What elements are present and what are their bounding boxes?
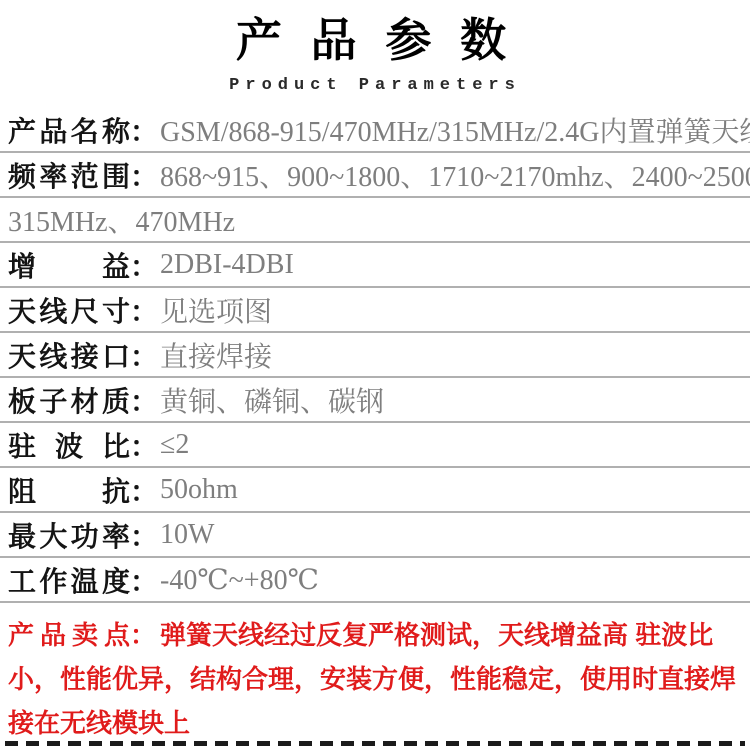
spec-row-vswr: 驻波比： ≤2: [0, 423, 750, 468]
row-label: 频率范围: [8, 155, 130, 195]
row-value: 直接焊接: [160, 335, 272, 375]
row-value: 315MHz、470MHz: [8, 200, 235, 240]
spec-row-board-material: 板子材质： 黄铜、磷铜、碳钢: [0, 378, 750, 423]
spec-row-frequency-range-continued: 315MHz、470MHz: [0, 198, 750, 243]
spec-row-antenna-size: 天线尺寸： 见选项图: [0, 288, 750, 333]
row-label: 增益: [8, 245, 130, 285]
spec-row-working-temperature: 工作温度： -40℃~+80℃: [0, 558, 750, 603]
row-colon: ：: [130, 560, 160, 600]
row-value: 2DBI-4DBI: [160, 249, 294, 281]
row-value: 50ohm: [160, 474, 238, 506]
row-colon: ：: [130, 380, 160, 420]
spec-row-impedance: 阻抗： 50ohm: [0, 468, 750, 513]
page-subtitle: Product Parameters: [0, 72, 750, 100]
spec-table: 产品名称： GSM/868-915/470MHz/315MHz/2.4G内置弹簧…: [0, 108, 750, 603]
row-colon: ：: [130, 515, 160, 555]
row-label: 产品名称: [8, 110, 130, 150]
row-label: 天线接口: [8, 335, 130, 375]
highlight-colon: ：: [130, 613, 160, 657]
spec-row-product-name: 产品名称： GSM/868-915/470MHz/315MHz/2.4G内置弹簧…: [0, 108, 750, 153]
highlight-section: 产品卖点：弹簧天线经过反复严格测试，天线增益高 驻波比小，性能优异，结构合理，安…: [0, 613, 750, 745]
row-value: 868~915、900~1800、1710~2170mhz、2400~2500m…: [160, 155, 750, 195]
spec-row-frequency-range: 频率范围： 868~915、900~1800、1710~2170mhz、2400…: [0, 153, 750, 198]
row-value: ≤2: [160, 429, 189, 461]
row-label: 最大功率: [8, 515, 130, 555]
spec-row-gain: 增益： 2DBI-4DBI: [0, 243, 750, 288]
row-colon: ：: [130, 290, 160, 330]
page-title: 产 品 参 数: [0, 8, 750, 72]
spec-row-max-power: 最大功率： 10W: [0, 513, 750, 558]
row-colon: ：: [130, 425, 160, 465]
header: 产 品 参 数 Product Parameters: [0, 0, 750, 100]
page-root: { "header": { "title": "产 品 参 数", "subti…: [0, 0, 750, 750]
row-colon: ：: [130, 245, 160, 285]
highlight-label: 产品卖点: [8, 613, 130, 657]
row-label: 天线尺寸: [8, 290, 130, 330]
row-colon: ：: [130, 335, 160, 375]
dashed-divider: [5, 741, 745, 746]
row-label: 阻抗: [8, 470, 130, 510]
row-label: 驻波比: [8, 425, 130, 465]
row-value: 见选项图: [160, 290, 272, 330]
row-value: 黄铜、磷铜、碳钢: [160, 380, 384, 420]
row-colon: ：: [130, 155, 160, 195]
row-value: -40℃~+80℃: [160, 563, 319, 597]
row-label: 工作温度: [8, 560, 130, 600]
row-label: 板子材质: [8, 380, 130, 420]
row-value: GSM/868-915/470MHz/315MHz/2.4G内置弹簧天线: [160, 110, 750, 150]
row-value: 10W: [160, 519, 214, 551]
row-colon: ：: [130, 110, 160, 150]
row-colon: ：: [130, 470, 160, 510]
spec-row-antenna-interface: 天线接口： 直接焊接: [0, 333, 750, 378]
